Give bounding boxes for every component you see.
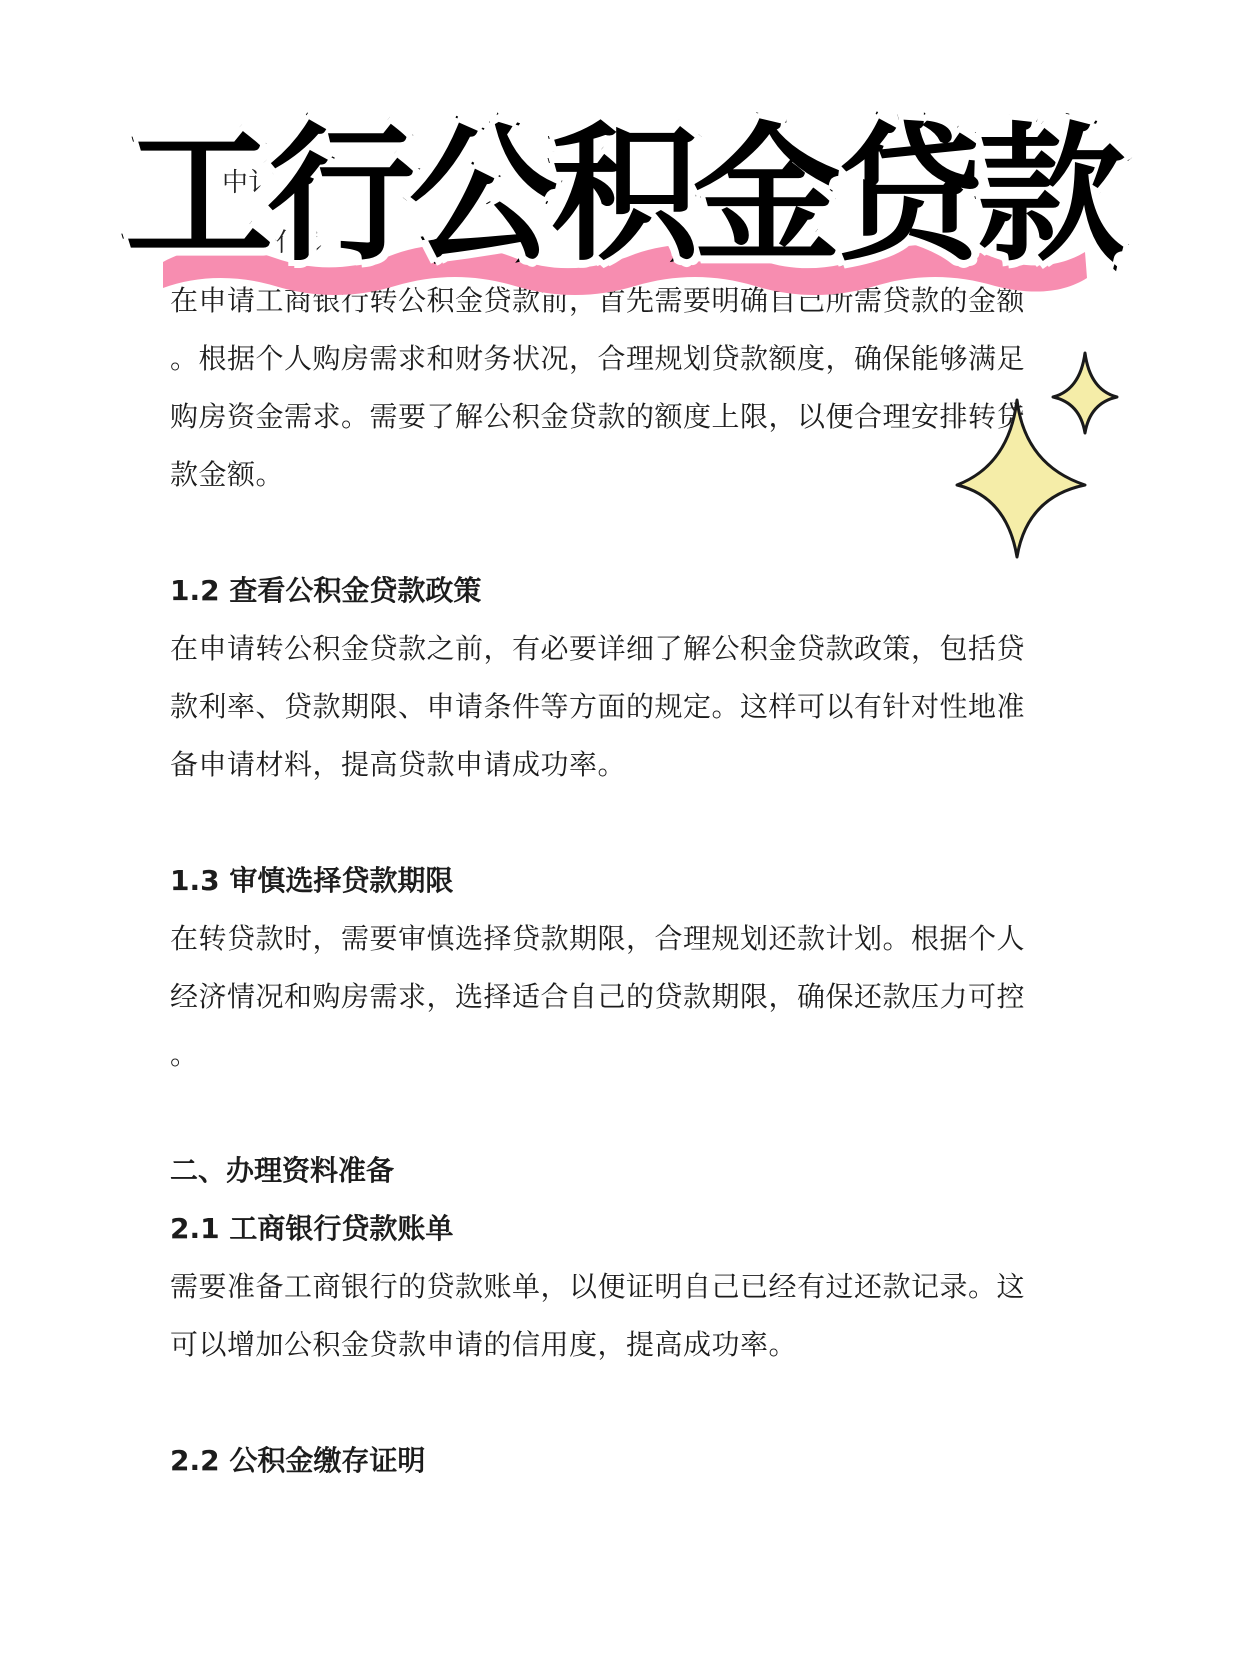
spacer — [170, 1084, 1070, 1142]
paragraph-1-1-line-2: 。根据个人购房需求和财务状况，合理规划贷款额度，确保能够满足 — [170, 330, 1070, 388]
paragraph-1-2-line-2: 款利率、贷款期限、申请条件等方面的规定。这样可以有针对性地准 — [170, 678, 1070, 736]
section-heading-1-3: 1.3 审慎选择贷款期限 — [170, 852, 1070, 910]
paragraph-1-3-line-3: 。 — [170, 1026, 1070, 1084]
spacer — [170, 504, 1070, 562]
paragraph-1-1-line-4: 款金额。 — [170, 446, 1070, 504]
sparkle-stars-icon — [955, 345, 1135, 560]
paragraph-1-3-line-2: 经济情况和购房需求，选择适合自己的贷款期限，确保还款压力可控 — [170, 968, 1070, 1026]
paragraph-1-2-line-3: 备申请材料，提高贷款申请成功率。 — [170, 736, 1070, 794]
paragraph-1-2-line-1: 在申请转公积金贷款之前，有必要详细了解公积金贷款政策，包括贷 — [170, 620, 1070, 678]
document-page: 中讠 自 亻 讠 在申请工商银行转公积金贷款前，首先需要明确自己所需贷款的金额 … — [0, 0, 1242, 1660]
paragraph-1-1-line-3: 购房资金需求。需要了解公积金贷款的额度上限，以便合理安排转贷 — [170, 388, 1070, 446]
section-heading-1-2: 1.2 查看公积金贷款政策 — [170, 562, 1070, 620]
spacer — [170, 794, 1070, 852]
paragraph-2-1-line-1: 需要准备工商银行的贷款账单，以便证明自己已经有过还款记录。这 — [170, 1258, 1070, 1316]
spacer — [170, 1374, 1070, 1432]
section-heading-2-1: 2.1 工商银行贷款账单 — [170, 1200, 1070, 1258]
page-title: 工行公积金贷款 — [125, 120, 1119, 270]
paragraph-2-1-line-2: 可以增加公积金贷款申请的信用度，提高成功率。 — [170, 1316, 1070, 1374]
paragraph-1-3-line-1: 在转贷款时，需要审慎选择贷款期限，合理规划还款计划。根据个人 — [170, 910, 1070, 968]
article-body: 在申请工商银行转公积金贷款前，首先需要明确自己所需贷款的金额 。根据个人购房需求… — [170, 272, 1070, 1490]
section-heading-2-2: 2.2 公积金缴存证明 — [170, 1432, 1070, 1490]
section-heading-2: 二、办理资料准备 — [170, 1142, 1070, 1200]
